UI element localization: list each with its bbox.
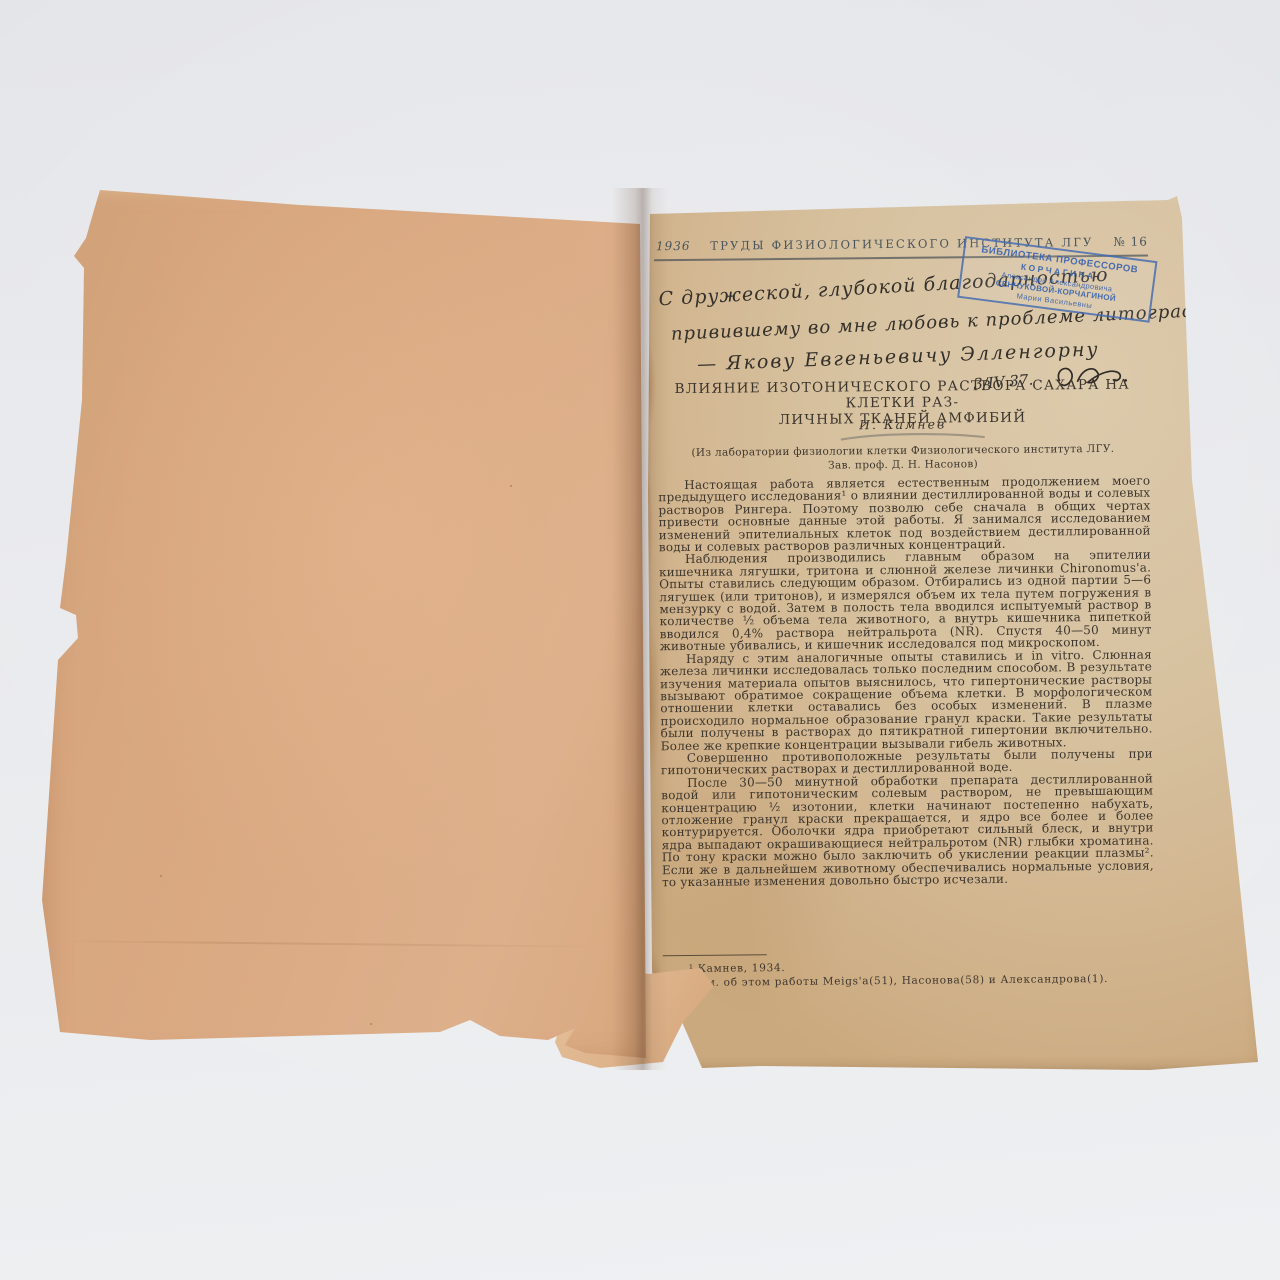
left-page-shading (40, 185, 650, 1065)
author-underline-smudge (838, 431, 988, 442)
blank-left-page (40, 185, 650, 1065)
body-paragraph: Наблюдения производились главным образом… (659, 549, 1152, 653)
article-affiliation: (Из лаборатории физиологии клетки Физиол… (656, 441, 1150, 474)
paper-speck (370, 1023, 372, 1025)
page-content: 1936 ТРУДЫ ФИЗИОЛОГИЧЕСКОГО ИНСТИТУТА ЛГ… (639, 186, 1272, 1074)
journal-issue-number: № 16 (1113, 235, 1148, 249)
paper-speck (510, 485, 512, 487)
photo-of-open-book: 1936 ТРУДЫ ФИЗИОЛОГИЧЕСКОГО ИНСТИТУТА ЛГ… (0, 0, 1280, 1280)
paper-speck (160, 875, 162, 877)
body-paragraph: После 30—50 минутной обработки препарата… (661, 772, 1154, 888)
printed-right-page: 1936 ТРУДЫ ФИЗИОЛОГИЧЕСКОГО ИНСТИТУТА ЛГ… (640, 192, 1265, 1074)
journal-year: 1936 (656, 239, 691, 253)
handwritten-dedication-line: — Якову Евгеньевичу Элленгорну (697, 338, 1100, 375)
article-body: Настоящая работа является естественным п… (658, 474, 1154, 888)
body-paragraph: Наряду с этим аналогичные опыты ставилис… (660, 648, 1153, 752)
body-paragraph: Настоящая работа является естественным п… (658, 474, 1151, 553)
article-title-line1: ВЛИЯНИЕ ИЗОТОНИЧЕСКОГО РАСТВОРА САХАРА Н… (655, 377, 1149, 414)
footnotes: ¹ Камнев, 1934. ² См. об этом работы Mei… (663, 958, 1155, 990)
footnote-separator-rule (663, 954, 767, 956)
